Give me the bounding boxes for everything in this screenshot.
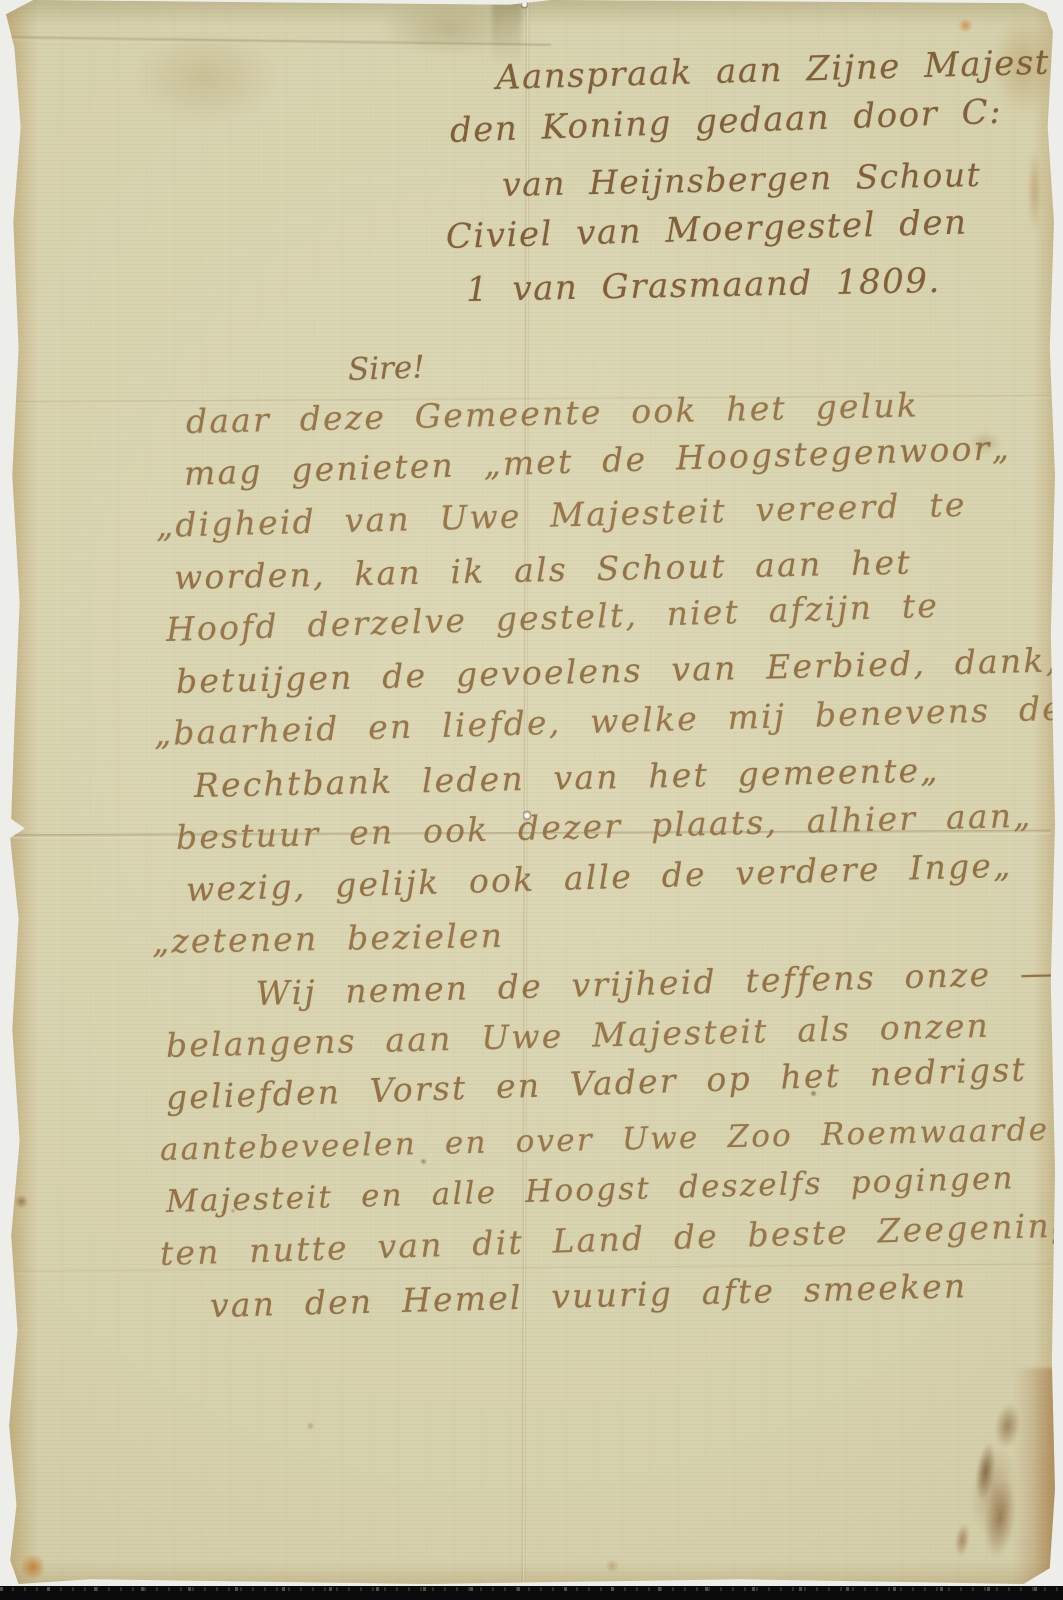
paper-stain <box>1014 1368 1056 1584</box>
horizontal-crease-top <box>6 36 551 48</box>
paper-stain <box>110 16 300 138</box>
foxing-spot <box>15 1194 28 1209</box>
foxing-spot <box>306 1422 315 1430</box>
scan-background: Aanspraak aan Zijne Majesteit den Koning… <box>0 0 1063 1600</box>
salutation: Sire! <box>347 349 425 388</box>
pinhole <box>521 0 528 9</box>
foxing-spot <box>958 18 973 33</box>
ink-smudge-stain <box>930 1386 1050 1576</box>
document-body: daar deze Gemeente ook het geluk mag gen… <box>164 396 1063 1332</box>
document-heading: Aanspraak aan Zijne Majesteit den Koning… <box>446 52 1063 317</box>
foxing-spot <box>604 1560 620 1572</box>
document-page: Aanspraak aan Zijne Majesteit den Koning… <box>6 0 1055 1584</box>
foxing-spot <box>22 1552 44 1582</box>
scanner-ruler-edge <box>0 1586 1063 1600</box>
heading-line: 1 van Grasmaand 1809. <box>465 252 1063 317</box>
